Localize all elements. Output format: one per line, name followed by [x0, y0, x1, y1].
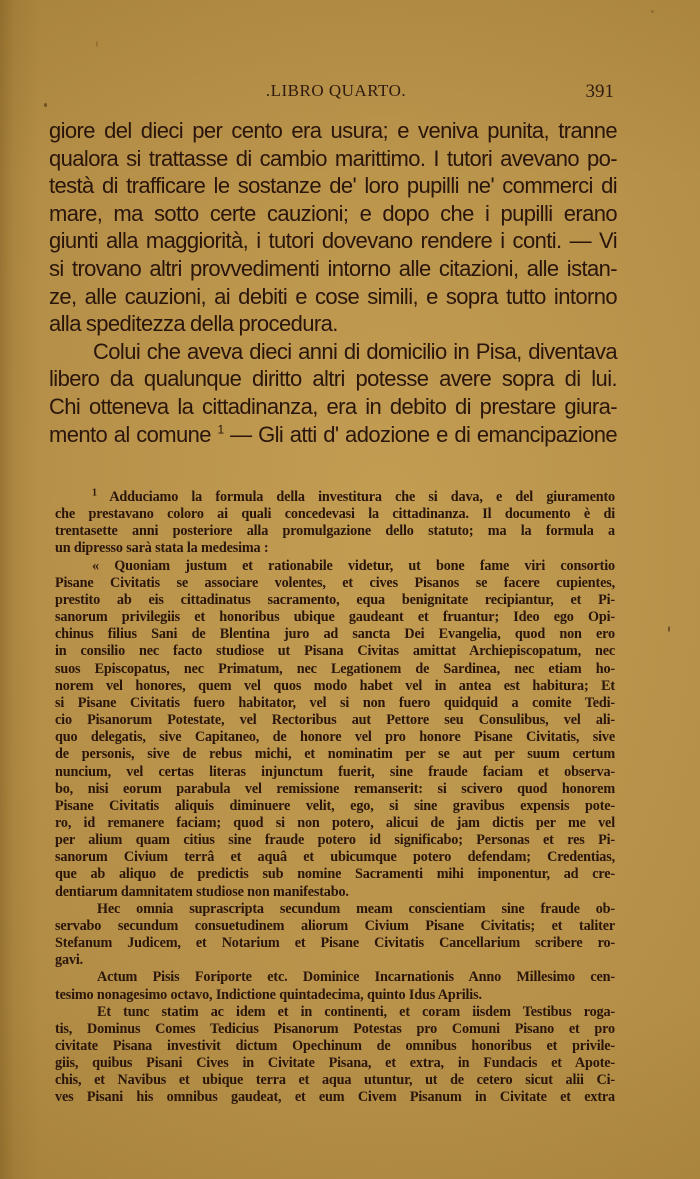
footnote-line: cio Pisanorum Potestate, vel Rectoribus … [55, 712, 615, 729]
footnote-line: Hec omnia suprascripta secundum meam con… [55, 901, 615, 918]
footnote-line: tis, Dominus Comes Tedicius Pisanorum Po… [55, 1021, 615, 1038]
footnote-line: Pisane Civitatis aliquis diminuere velit… [55, 798, 615, 815]
footnote-line: gavi. [55, 952, 615, 969]
footnote-line: de personis, sive de rebus michi, et nom… [55, 746, 615, 763]
running-title: .LIBRO QUARTO. [58, 81, 614, 101]
text-line: qualora si trattasse di cambio marittimo… [49, 145, 617, 173]
running-head: .LIBRO QUARTO. 391 [58, 81, 614, 105]
footnote-line: ves Pisani his omnibus gaudeat, et eum C… [55, 1089, 615, 1106]
footnote-line: sanorum privilegiis et honoribus ubique … [55, 609, 615, 626]
footnote-line: quo delegatis, sive Capitaneo, de honore… [55, 729, 615, 746]
footnote-line: Stefanum Judicem, et Notarium et Pisane … [55, 935, 615, 952]
footnote-line: Et tunc statim ac idem et in continenti,… [55, 1004, 615, 1021]
footnote-line: chis, et Navibus et ubique terra et aqua… [55, 1072, 615, 1089]
footnote-reference[interactable]: 1 [217, 422, 223, 436]
text-fragment: mento al comune [49, 422, 211, 447]
page-number: 391 [586, 81, 615, 103]
paper-speck [651, 10, 654, 13]
footnote-line: in consilio nec facto studiose ut Pisana… [55, 643, 615, 660]
text-line: giore del dieci per cento era usura; e v… [49, 117, 617, 145]
footnote-line: civitate Pisana investivit dictum Opechi… [55, 1038, 615, 1055]
text-line: ze, alle cauzioni, ai debiti e cose simi… [49, 283, 617, 311]
footnote-line: Pisane Civitatis se associare volentes, … [55, 575, 615, 592]
footnote-line: giis, quibus Pisani Cives in Civitate Pi… [55, 1055, 615, 1072]
footnote-line: bo, nisi eorum parabula vel remissione r… [55, 781, 615, 798]
text-line: alla speditezza della procedura. [49, 310, 617, 338]
footnote-text: Adduciamo la formula della investitura c… [109, 489, 615, 505]
text-line: Chi otteneva la cittadinanza, era in deb… [49, 393, 617, 421]
text-line: giunti alla maggiorità, i tutori dovevan… [49, 227, 617, 255]
footnote-line: 1 Adduciamo la formula della investitura… [55, 489, 615, 506]
footnote-line: prestito ab eis cittadinatus sacramento,… [55, 592, 615, 609]
text-line: si trovano altri provvedimenti intorno a… [49, 255, 617, 283]
footnote-line: « Quoniam justum et rationabile videtur,… [55, 558, 615, 575]
footnote-line: sanorum Civium terrâ et aquâ et ubicumqu… [55, 849, 615, 866]
footnote-line: Actum Pisis Foriporte etc. Dominice Inca… [55, 969, 615, 986]
footnote-block: 1 Adduciamo la formula della investitura… [55, 489, 615, 1107]
book-page: .LIBRO QUARTO. 391 giore del dieci per c… [0, 0, 700, 1179]
paper-speck [96, 41, 98, 47]
footnote-line: tesimo nonagesimo octavo, Indictione qui… [55, 987, 615, 1004]
footnote-line: norem vel honores, quem vel quos modo ha… [55, 678, 615, 695]
text-line: mare, ma sotto certe cauzioni; e dopo ch… [49, 200, 617, 228]
footnote-marker: 1 [92, 487, 97, 498]
footnote-line: per alium quam citius sine fraude potero… [55, 832, 615, 849]
footnote-line: suos Episcopatus, nec Primatum, nec Lega… [55, 661, 615, 678]
paragraph-2: Colui che aveva dieci anni di domicilio … [49, 338, 617, 448]
footnote-line: que ab aliquo de predictis sub nomine Sa… [55, 866, 615, 883]
footnote-line: un dipresso sarà stata la medesima : [55, 540, 615, 557]
text-line: Colui che aveva dieci anni di domicilio … [49, 338, 617, 366]
text-line-with-footnote-ref: mento al comune 1 — Gli atti d' adozione… [49, 421, 617, 449]
text-line: libero da qualunque diritto altri potess… [49, 365, 617, 393]
footnote-line: che prestavano coloro ai quali concedeva… [55, 506, 615, 523]
footnote-line: ro, id remanere faciam; quod si non pote… [55, 815, 615, 832]
footnote-line: trentasette anni posteriore alla promulg… [55, 523, 615, 540]
footnote-line: nuncium, vel certas literas injunctum fu… [55, 764, 615, 781]
footnote-line: si Pisane Civitatis fuero habitator, vel… [55, 695, 615, 712]
main-text: giore del dieci per cento era usura; e v… [49, 117, 617, 448]
footnote-line: chinus filius Sani de Blentina juro ad s… [55, 626, 615, 643]
paper-speck [668, 626, 670, 632]
paper-speck [44, 103, 47, 107]
text-line: testà di trafficare le sostanze de' loro… [49, 172, 617, 200]
paragraph-1: giore del dieci per cento era usura; e v… [49, 117, 617, 338]
footnote-line: servabo secundum consuetudinem aliorum C… [55, 918, 615, 935]
text-fragment: — Gli atti d' adozione e di emancipazion… [230, 422, 617, 447]
footnote-line: dentiarum damnitatem studiose non manife… [55, 884, 615, 901]
